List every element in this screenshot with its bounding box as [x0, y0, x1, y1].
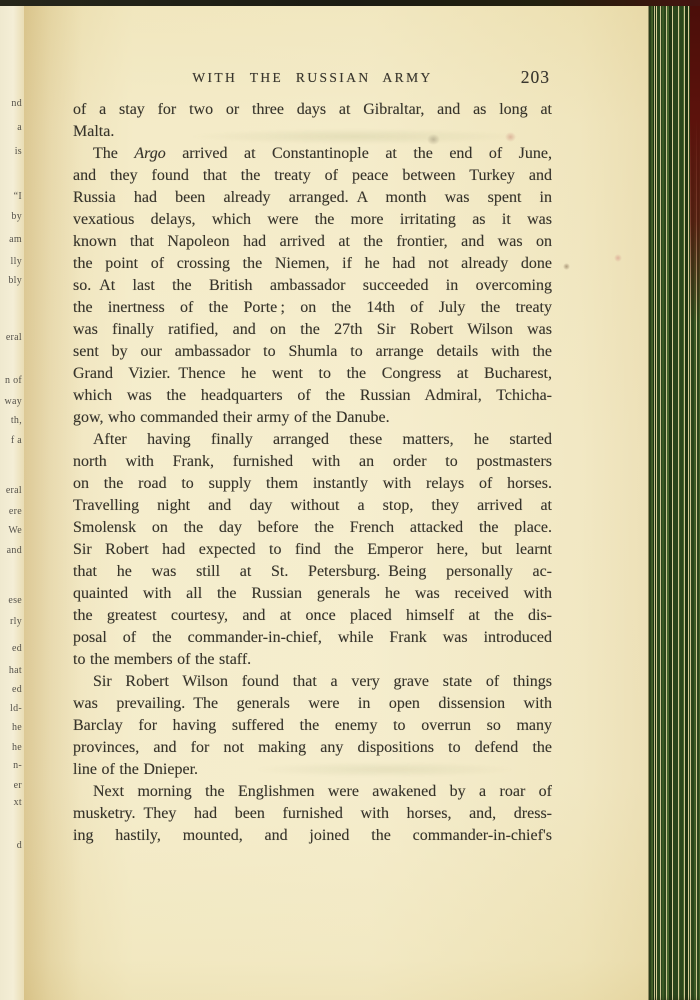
text-line: on the road to supply them instantly wit…	[73, 473, 552, 495]
red-spine-edge	[690, 0, 700, 340]
edge-text-fragment: hat	[9, 666, 22, 676]
left-page-edge: ndais“Ibyamllyblyeraln ofwayth,f aeraler…	[0, 5, 24, 1000]
text-line: posal of the commander-in-chief, while F…	[73, 627, 552, 649]
text-line: was prevailing. The generals were in ope…	[73, 693, 552, 715]
text-line: Travelling night and day without a stop,…	[73, 495, 552, 517]
edge-text-fragment: rly	[10, 617, 22, 627]
text-line: quainted with all the Russian generals h…	[73, 583, 552, 605]
page-header: WITH THE RUSSIAN ARMY 203	[73, 69, 552, 91]
text-line: known that Napoleon had arrived at the f…	[73, 231, 552, 253]
text-line: Next morning the Englishmen were awakene…	[73, 781, 552, 803]
text-line: of a stay for two or three days at Gibra…	[73, 99, 552, 121]
edge-text-fragment: by	[11, 212, 22, 222]
text-block: of a stay for two or three days at Gibra…	[73, 99, 552, 847]
edge-text-fragment: eral	[6, 486, 22, 496]
text-line: gow, who commanded their army of the Dan…	[73, 407, 552, 429]
text-line: provinces, and for not making any dispos…	[73, 737, 552, 759]
text-line: the inertness of the Porte ; on the 14th…	[73, 297, 552, 319]
text-line: Grand Vizier. Thence he went to the Cong…	[73, 363, 552, 385]
edge-text-fragment: n-	[13, 761, 22, 771]
text-line: north with Frank, furnished with an orde…	[73, 451, 552, 473]
edge-text-fragment: ld-	[10, 704, 22, 714]
edge-text-fragment: a	[17, 123, 22, 133]
text-line: sent by our ambassador to Shumla to arra…	[73, 341, 552, 363]
text-line: that he was still at St. Petersburg. Bei…	[73, 561, 552, 583]
text-line: Malta.	[73, 121, 552, 143]
text-line: vexatious delays, which were the more ir…	[73, 209, 552, 231]
edge-text-fragment: d	[17, 841, 22, 851]
edge-text-fragment: is	[15, 147, 22, 157]
text-line: and they found that the treaty of peace …	[73, 165, 552, 187]
edge-text-fragment: n of	[5, 376, 22, 386]
text-line: musketry. They had been furnished with h…	[73, 803, 552, 825]
text-line: ing hastily, mounted, and joined the com…	[73, 825, 552, 847]
page-number: 203	[521, 67, 550, 88]
text-line: the point of crossing the Niemen, if he …	[73, 253, 552, 275]
edge-text-fragment: “I	[14, 192, 22, 202]
text-line: Barclay for having suffered the enemy to…	[73, 715, 552, 737]
edge-text-fragment: ese	[8, 596, 22, 606]
edge-text-fragment: eral	[6, 333, 22, 343]
text-line: After having finally arranged these matt…	[73, 429, 552, 451]
edge-text-fragment: and	[7, 546, 22, 556]
edge-text-fragment: ed	[12, 685, 22, 695]
edge-text-fragment: xt	[14, 798, 22, 808]
text-line: was finally ratified, and on the 27th Si…	[73, 319, 552, 341]
edge-text-fragment: he	[12, 723, 22, 733]
edge-text-fragment: th,	[11, 416, 22, 426]
text-line: the greatest courtesy, and at once place…	[73, 605, 552, 627]
text-line: The Argo arrived at Constantinople at th…	[73, 143, 552, 165]
edge-text-fragment: ere	[9, 507, 22, 517]
top-board-edge	[0, 0, 700, 6]
edge-text-fragment: way	[4, 397, 22, 407]
text-line: Russia had been already arranged. A mont…	[73, 187, 552, 209]
text-line: line of the Dnieper.	[73, 759, 552, 781]
edge-text-fragment: We	[8, 526, 22, 536]
edge-text-fragment: ed	[12, 644, 22, 654]
edge-text-fragment: f a	[11, 436, 22, 446]
edge-text-fragment: lly	[11, 257, 22, 267]
edge-text-fragment: nd	[11, 99, 22, 109]
running-title: WITH THE RUSSIAN ARMY	[192, 70, 432, 85]
text-line: Sir Robert had expected to find the Empe…	[73, 539, 552, 561]
edge-text-fragment: am	[9, 235, 22, 245]
text-line: Smolensk on the day before the French at…	[73, 517, 552, 539]
text-line: so. At last the British ambassador succe…	[73, 275, 552, 297]
book-scan: ndais“Ibyamllyblyeraln ofwayth,f aeraler…	[0, 0, 700, 1000]
italic-ship-name: Argo	[134, 145, 165, 162]
text-segment: The	[93, 145, 134, 162]
text-segment: arrived at Constantinople at the end of …	[166, 145, 552, 162]
text-line: to the members of the staff.	[73, 649, 552, 671]
edge-text-fragment: he	[12, 743, 22, 753]
text-line: which was the headquarters of the Russia…	[73, 385, 552, 407]
text-line: Sir Robert Wilson found that a very grav…	[73, 671, 552, 693]
edge-text-fragment: er	[14, 781, 22, 791]
edge-text-fragment: bly	[8, 276, 22, 286]
